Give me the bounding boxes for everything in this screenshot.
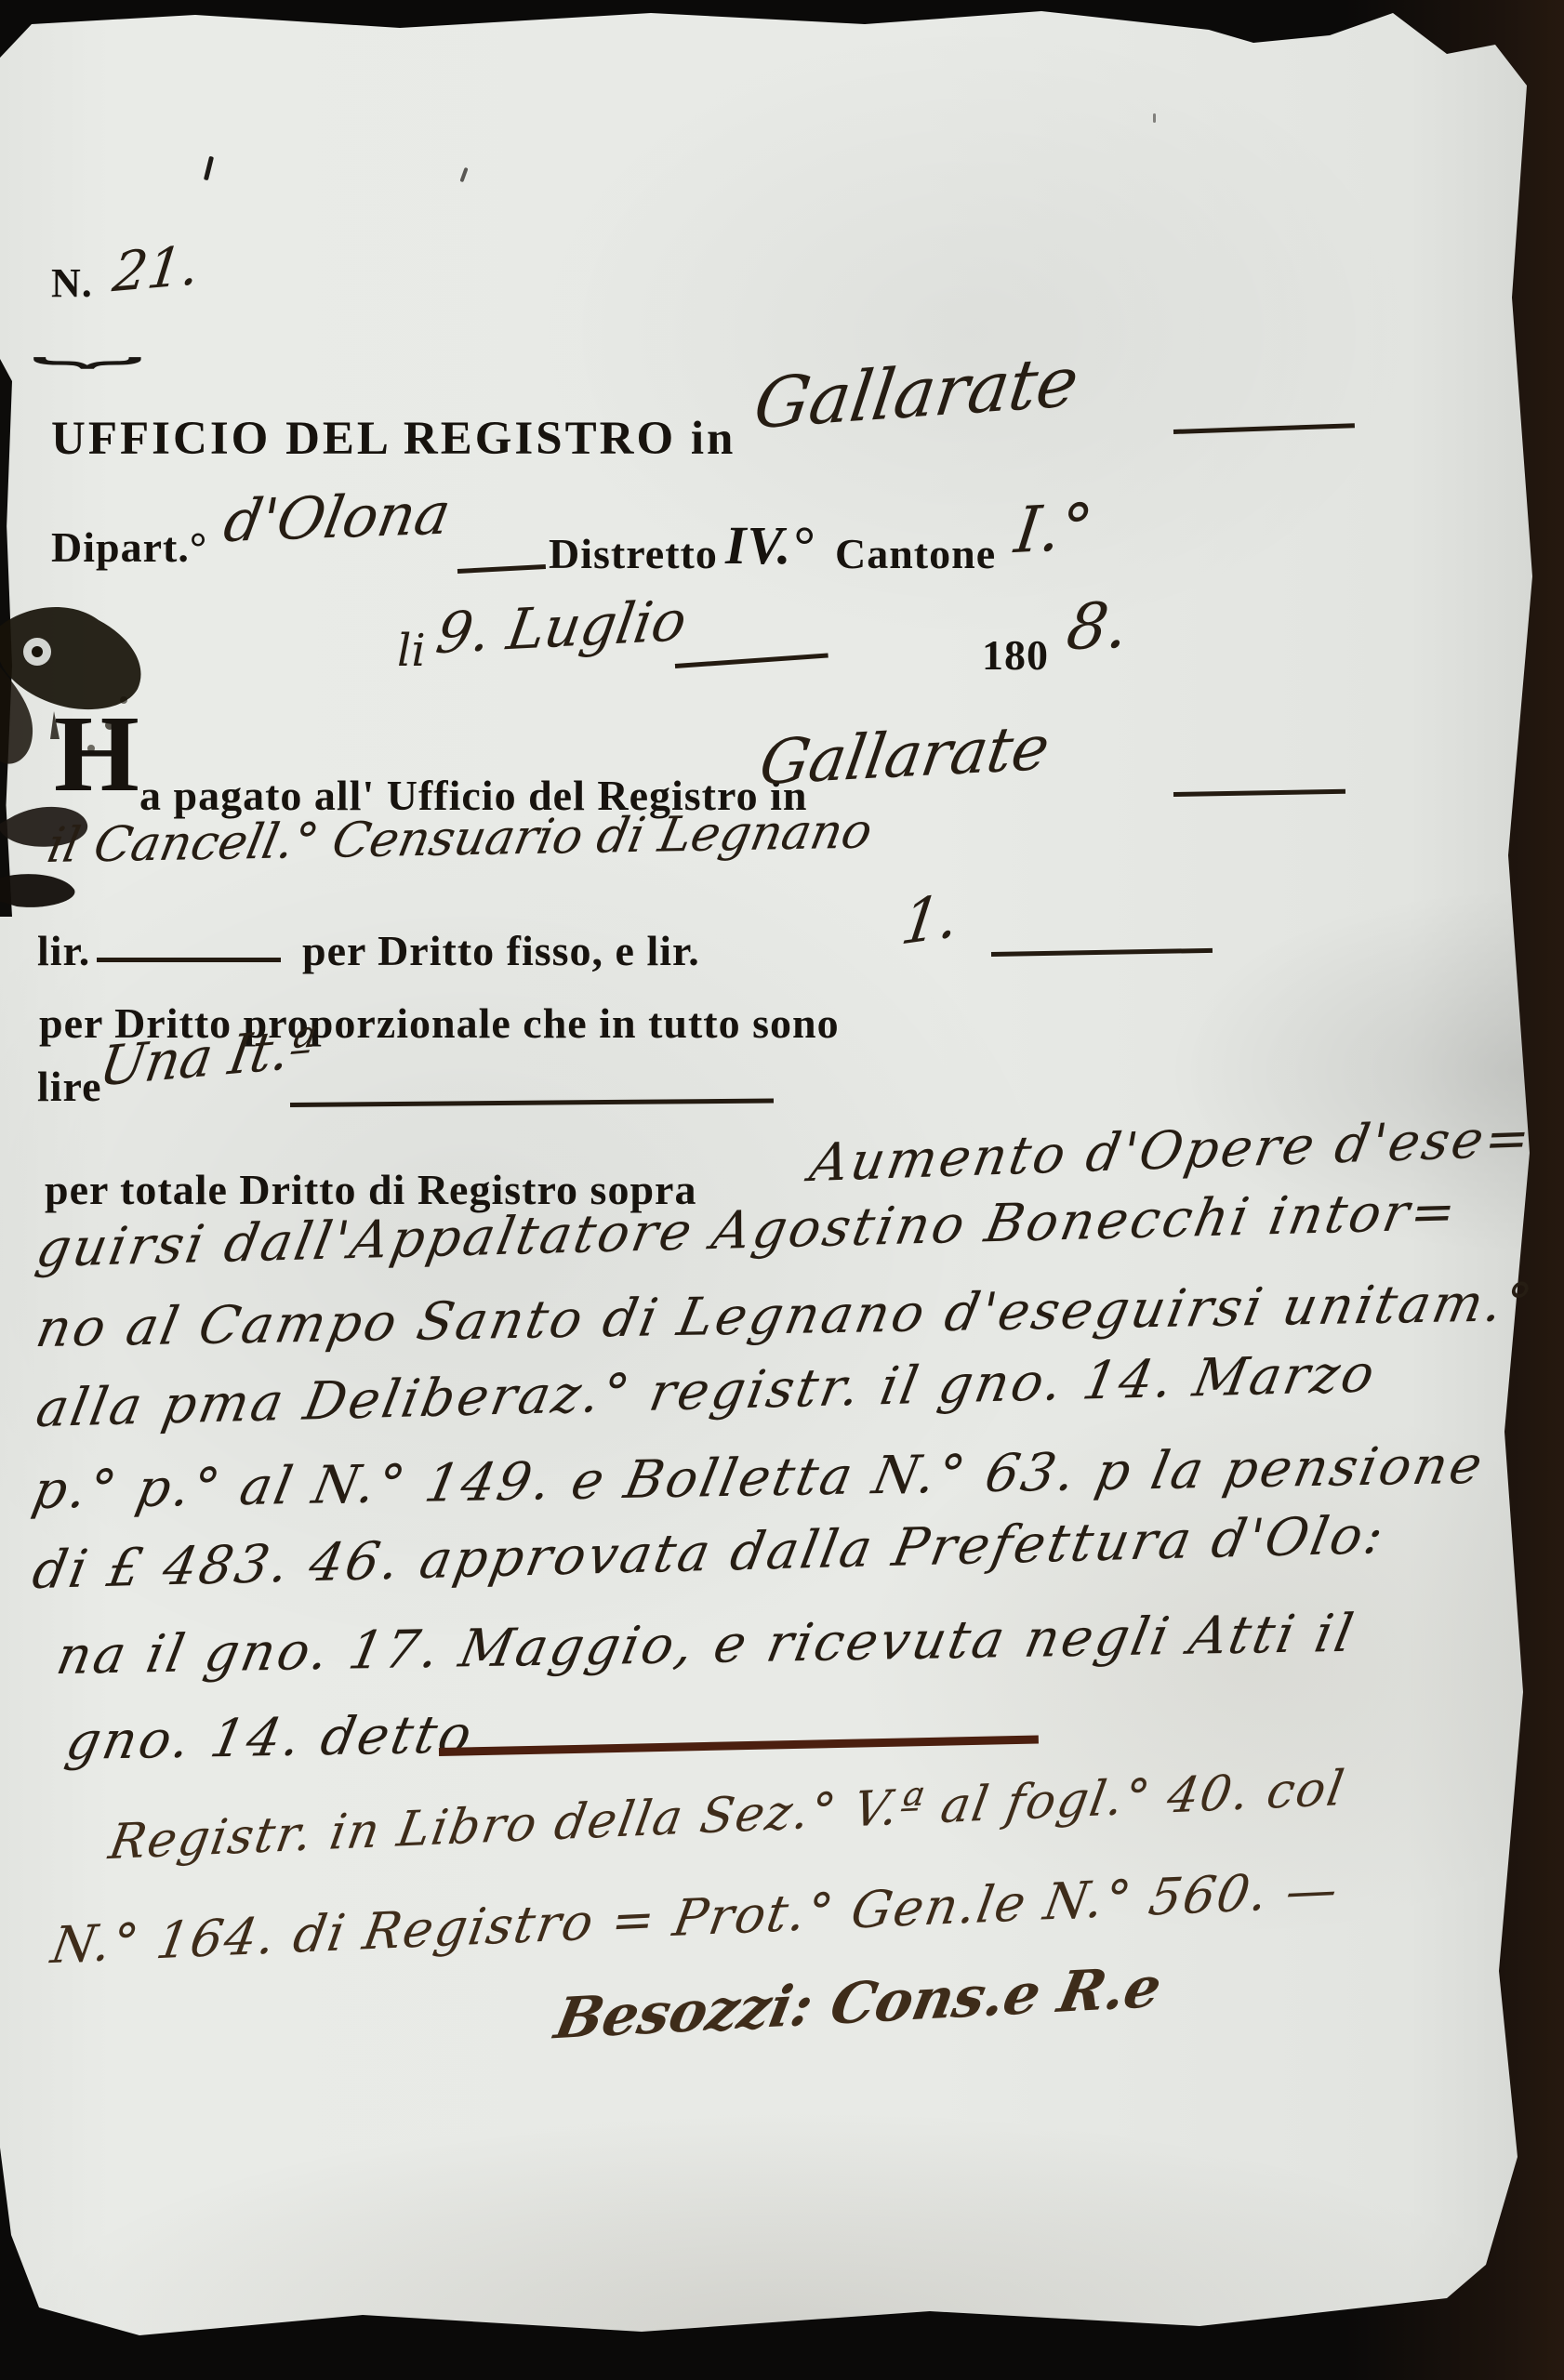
fisso-amount-handwritten: 1. — [897, 886, 962, 955]
dritto-fisso-printed: per Dritto fisso, e lir. — [302, 930, 700, 972]
document-photo: N. 21. ⏟ UFFICIO DEL REGISTRO in Gallara… — [0, 0, 1564, 2380]
paid-place-handwritten: Gallarate — [756, 717, 1054, 794]
department-label: Dipart.° — [51, 526, 207, 569]
blank-rule — [97, 958, 281, 962]
document-number-label: N. — [51, 263, 93, 304]
flourish-brace: ⏟ — [32, 312, 143, 363]
lir-label: lir. — [37, 930, 90, 972]
year-digit-handwritten: 8. — [1063, 595, 1132, 661]
office-title: UFFICIO DEL REGISTRO in — [51, 416, 736, 463]
year-printed: 180 — [982, 634, 1049, 677]
canton-value-handwritten: I.° — [1012, 496, 1096, 563]
drop-cap: H — [54, 699, 140, 809]
department-value-handwritten: d'Olona — [219, 484, 454, 550]
ink-speck — [1153, 113, 1156, 123]
district-value: IV.° — [725, 519, 814, 573]
document-number-value: 21. — [110, 238, 202, 300]
district-label: Distretto — [549, 533, 718, 575]
canton-label: Cantone — [835, 533, 996, 575]
date-day-month-handwritten: 9. Luglio — [432, 593, 690, 663]
date-li-label: li — [397, 628, 426, 673]
payer-handwritten: il Cancell.° Censuario di Legnano — [44, 807, 876, 870]
lire-label: lire — [37, 1065, 102, 1108]
subject-line: gno. 14. detto — [62, 1709, 479, 1768]
